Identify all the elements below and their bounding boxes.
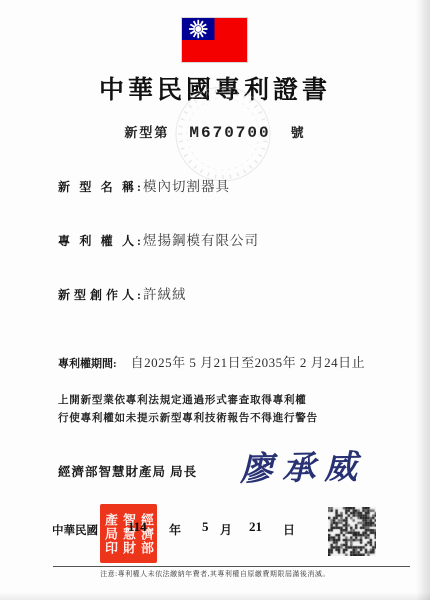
patent-number-row: 新型第 M670700 號 [0,122,430,142]
patent-term-row: 專利權期間: 自2025年 5 月21日至2035年 2 月24日止 [58,352,365,372]
field-value-name: 模內切割器具 [143,179,230,194]
date-day: 21 [249,519,262,535]
patent-certificate-page: 中華民國專利證書 新型第 M670700 號 新型名稱:模內切割器具 專利權人:… [0,0,430,600]
patent-number-prefix: 新型第 [124,122,169,141]
date-year-unit: 年 [169,521,181,538]
director-signature: 廖承威 [240,441,367,490]
patent-term-value: 自2025年 5 月21日至2035年 2 月24日止 [131,355,366,370]
agency-row: 經濟部智慧財產局 局長 廖承威 [0,440,430,500]
footer-divider [53,566,410,567]
roc-flag [182,18,247,62]
legal-line-1: 上開新型業依專利法規定通過形式審查取得專利權 [58,392,318,410]
field-row-name: 新型名稱:模內切割器具 [58,175,230,196]
field-value-creator: 許絨絨 [143,287,187,302]
date-day-unit: 日 [283,521,295,538]
field-label-name: 新型名稱 [58,178,134,195]
field-colon: : [137,288,141,302]
date-month: 5 [202,519,209,535]
date-month-unit: 月 [220,521,232,538]
seal-text-column: 產局印 [102,513,119,555]
agency-name: 經濟部智慧財產局 局長 [58,462,197,480]
field-row-patentee: 專利權人:煜揚鋼模有限公司 [58,229,259,250]
patent-number-suffix: 號 [291,122,306,141]
field-row-creator: 新型創作人:許絨絨 [58,283,187,304]
field-colon: : [137,234,141,248]
date-era: 中華民國 [52,522,98,538]
barcode-2d [328,507,376,556]
legal-statement: 上開新型業依專利法規定通過形式審查取得專利權 行使專利權如未提示新型專利技術報告… [58,392,318,428]
field-value-patentee: 煜揚鋼模有限公司 [143,233,259,248]
legal-line-2: 行使專利權如未提示新型專利技術報告不得進行警告 [58,410,318,428]
field-colon: : [137,180,141,194]
date-year: 114 [128,519,147,535]
field-label-creator: 新型創作人 [58,286,134,303]
field-label-patentee: 專利權人 [58,232,134,249]
patent-term-label: 專利權期間: [58,358,117,370]
patent-number-value: M670700 [189,124,270,142]
footnote-text: 注意:專利權人未依法繳納年費者,其專利權自原繳費期限屆滿後消滅。 [0,569,430,579]
scan-edge-shadow [0,592,430,600]
